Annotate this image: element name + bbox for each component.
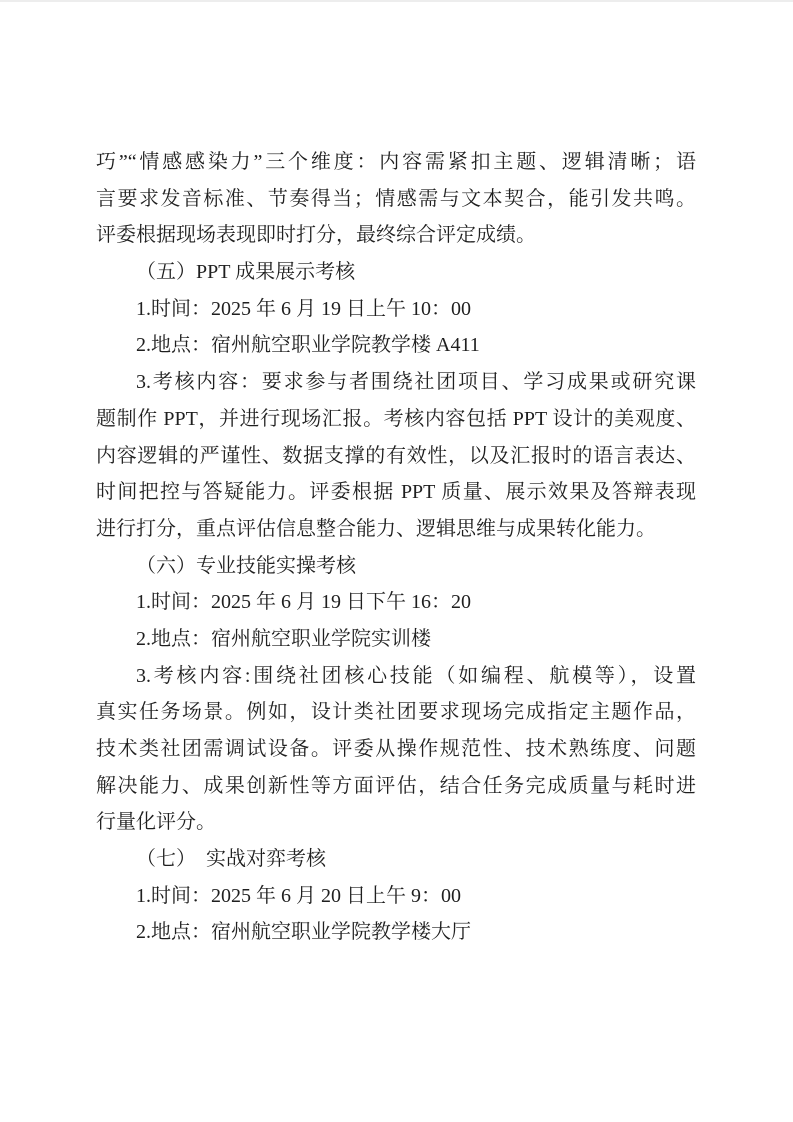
section-heading: （五）PPT 成果展示考核	[96, 254, 696, 291]
section-heading: （六）专业技能实操考核	[96, 548, 696, 585]
doc-line: 2.地点：宿州航空职业学院实训楼	[96, 621, 696, 658]
doc-line: 行量化评分。	[96, 804, 696, 841]
doc-line: 评委根据现场表现即时打分，最终综合评定成绩。	[96, 217, 696, 254]
doc-line: 解决能力、成果创新性等方面评估，结合任务完成质量与耗时进	[96, 768, 696, 805]
doc-line: 真实任务场景。例如，设计类社团要求现场完成指定主题作品，	[96, 694, 696, 731]
doc-line: 3.考核内容:围绕社团核心技能（如编程、航模等），设置	[96, 658, 696, 695]
doc-line: 言要求发音标准、节奏得当；情感需与文本契合，能引发共鸣。	[96, 181, 696, 218]
doc-line: 时间把控与答疑能力。评委根据 PPT 质量、展示效果及答辩表现	[96, 474, 696, 511]
doc-line: 3.考核内容：要求参与者围绕社团项目、学习成果或研究课	[96, 364, 696, 401]
doc-line: 题制作 PPT，并进行现场汇报。考核内容包括 PPT 设计的美观度、	[96, 401, 696, 438]
doc-line: 1.时间：2025 年 6 月 19 日上午 10：00	[96, 291, 696, 328]
doc-line: 1.时间：2025 年 6 月 19 日下午 16：20	[96, 584, 696, 621]
doc-line: 1.时间：2025 年 6 月 20 日上午 9：00	[96, 878, 696, 915]
doc-line: 内容逻辑的严谨性、数据支撑的有效性，以及汇报时的语言表达、	[96, 438, 696, 475]
doc-line: 2.地点：宿州航空职业学院教学楼大厅	[96, 914, 696, 951]
doc-line: 2.地点：宿州航空职业学院教学楼 A411	[96, 327, 696, 364]
doc-line: 技术类社团需调试设备。评委从操作规范性、技术熟练度、问题	[96, 731, 696, 768]
doc-line: 巧”“情感感染力”三个维度：内容需紧扣主题、逻辑清晰；语	[96, 144, 696, 181]
document-page: 巧”“情感感染力”三个维度：内容需紧扣主题、逻辑清晰；语 言要求发音标准、节奏得…	[0, 0, 793, 1122]
document-text-block: 巧”“情感感染力”三个维度：内容需紧扣主题、逻辑清晰；语 言要求发音标准、节奏得…	[96, 144, 696, 951]
doc-line: 进行打分，重点评估信息整合能力、逻辑思维与成果转化能力。	[96, 511, 696, 548]
section-heading: （七） 实战对弈考核	[96, 841, 696, 878]
